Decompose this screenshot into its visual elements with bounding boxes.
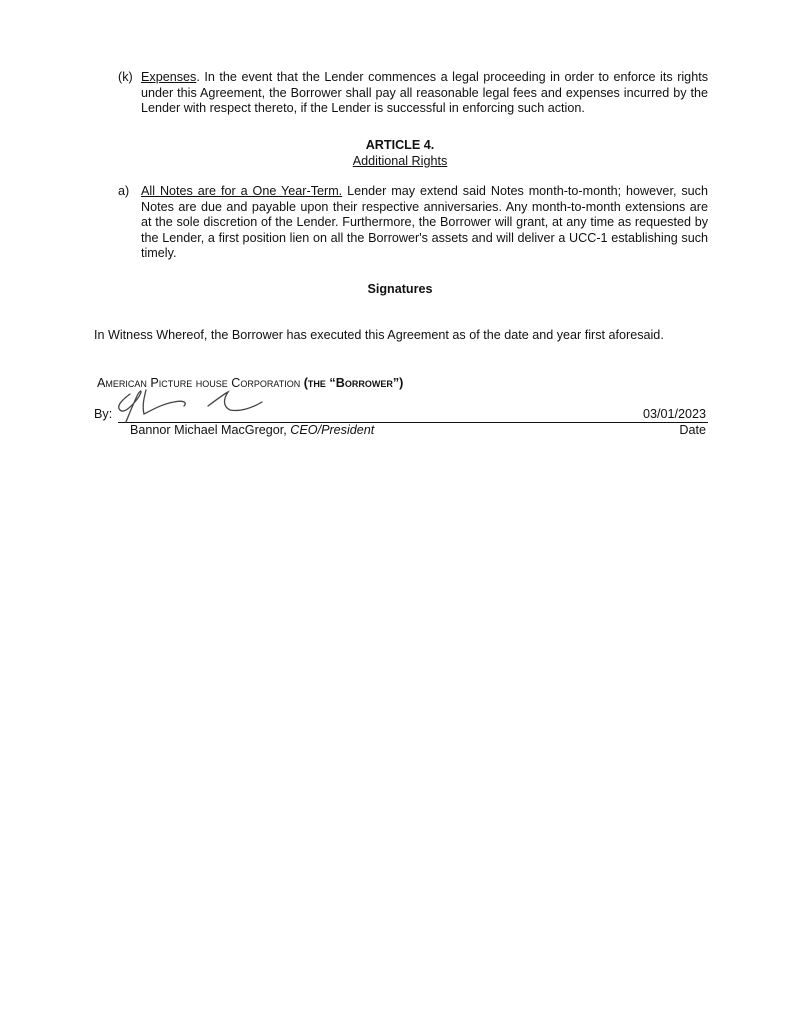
section-a-heading: All Notes are for a One Year-Term.	[141, 184, 342, 198]
signer-name: Bannor Michael MacGregor,	[130, 423, 290, 437]
section-a: a) All Notes are for a One Year-Term. Le…	[118, 184, 708, 262]
by-label: By:	[94, 407, 112, 421]
section-a-body: All Notes are for a One Year-Term. Lende…	[141, 184, 708, 262]
handwritten-signature-icon	[112, 384, 282, 424]
signatures-heading: Signatures	[0, 282, 800, 296]
section-k-text: . In the event that the Lender commences…	[141, 70, 708, 115]
article-heading: ARTICLE 4. Additional Rights	[0, 137, 800, 169]
section-k-body: Expenses. In the event that the Lender c…	[141, 70, 708, 117]
section-a-label: a)	[118, 184, 129, 200]
section-k: (k) Expenses. In the event that the Lend…	[118, 70, 708, 117]
signer-title: CEO/President	[290, 423, 374, 437]
section-k-label: (k)	[118, 70, 133, 86]
signer-line: Bannor Michael MacGregor, CEO/President	[130, 423, 374, 437]
article-title: ARTICLE 4.	[0, 137, 800, 153]
document-page: (k) Expenses. In the event that the Lend…	[0, 0, 800, 1035]
company-role: (the “Borrower”)	[304, 376, 404, 390]
section-k-heading: Expenses	[141, 70, 196, 84]
witness-statement: In Witness Whereof, the Borrower has exe…	[94, 328, 664, 342]
date-label: Date	[679, 423, 706, 437]
signature-date: 03/01/2023	[643, 407, 706, 421]
article-subtitle: Additional Rights	[353, 154, 448, 168]
